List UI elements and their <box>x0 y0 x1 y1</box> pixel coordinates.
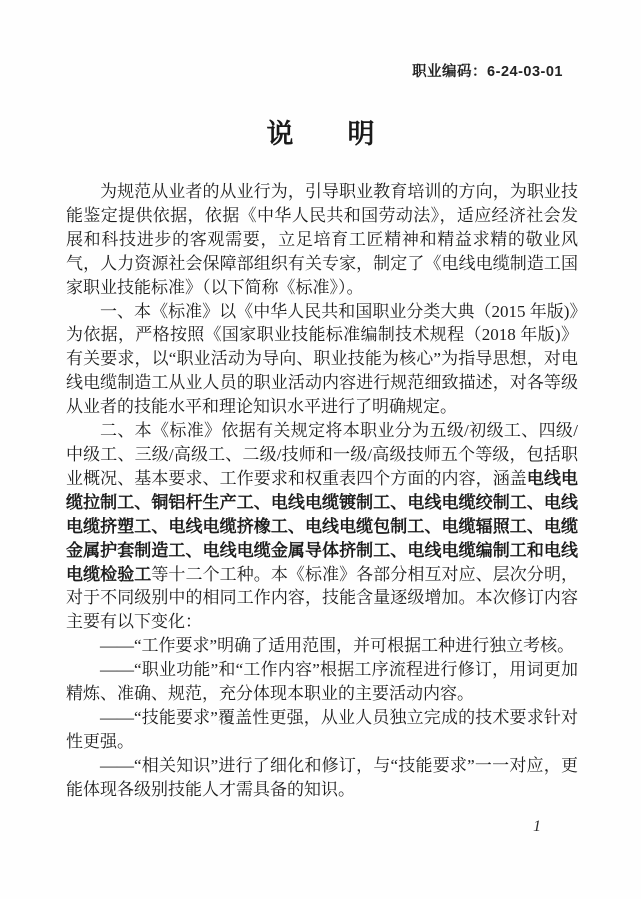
page-number: 1 <box>533 818 541 836</box>
body-paragraph: ——“职业功能”和“工作内容”根据工序流程进行修订，用词更加精炼、准确、规范，充… <box>66 658 578 706</box>
paragraph-text: ——“相关知识”进行了细化和修订，与“技能要求”一一对应，更能体现各级别技能人才… <box>66 756 578 799</box>
page-title: 说 明 <box>0 112 641 151</box>
paragraph-text: 为规范从业者的从业行为，引导职业教育培训的方向，为职业技能鉴定提供依据，依据《中… <box>66 182 578 297</box>
body-paragraph: 一、本《标准》以《中华人民共和国职业分类大典（2015 年版)》为依据，严格按照… <box>66 300 578 420</box>
paragraph-text: ——“职业功能”和“工作内容”根据工序流程进行修订，用词更加精炼、准确、规范，充… <box>66 660 578 703</box>
document-body: 为规范从业者的从业行为，引导职业教育培训的方向，为职业技能鉴定提供依据，依据《中… <box>66 180 578 802</box>
body-paragraph: 为规范从业者的从业行为，引导职业教育培训的方向，为职业技能鉴定提供依据，依据《中… <box>66 180 578 300</box>
body-paragraph: ——“技能要求”覆盖性更强，从业人员独立完成的技术要求针对性更强。 <box>66 706 578 754</box>
paragraph-text: ——“工作要求”明确了适用范围，并可根据工种进行独立考核。 <box>100 636 574 655</box>
occupation-code: 职业编码：6-24-03-01 <box>412 60 563 81</box>
document-page: 职业编码：6-24-03-01 说 明 为规范从业者的从业行为，引导职业教育培训… <box>0 0 641 899</box>
body-paragraph: ——“工作要求”明确了适用范围，并可根据工种进行独立考核。 <box>66 634 578 658</box>
body-paragraph: ——“相关知识”进行了细化和修订，与“技能要求”一一对应，更能体现各级别技能人才… <box>66 754 578 802</box>
body-paragraph: 二、本《标准》依据有关规定将本职业分为五级/初级工、四级/中级工、三级/高级工、… <box>66 419 578 634</box>
paragraph-text: 一、本《标准》以《中华人民共和国职业分类大典（2015 年版)》为依据，严格按照… <box>66 302 578 417</box>
paragraph-text: ——“技能要求”覆盖性更强，从业人员独立完成的技术要求针对性更强。 <box>66 708 578 751</box>
paragraph-text: 二、本《标准》依据有关规定将本职业分为五级/初级工、四级/中级工、三级/高级工、… <box>66 421 578 488</box>
